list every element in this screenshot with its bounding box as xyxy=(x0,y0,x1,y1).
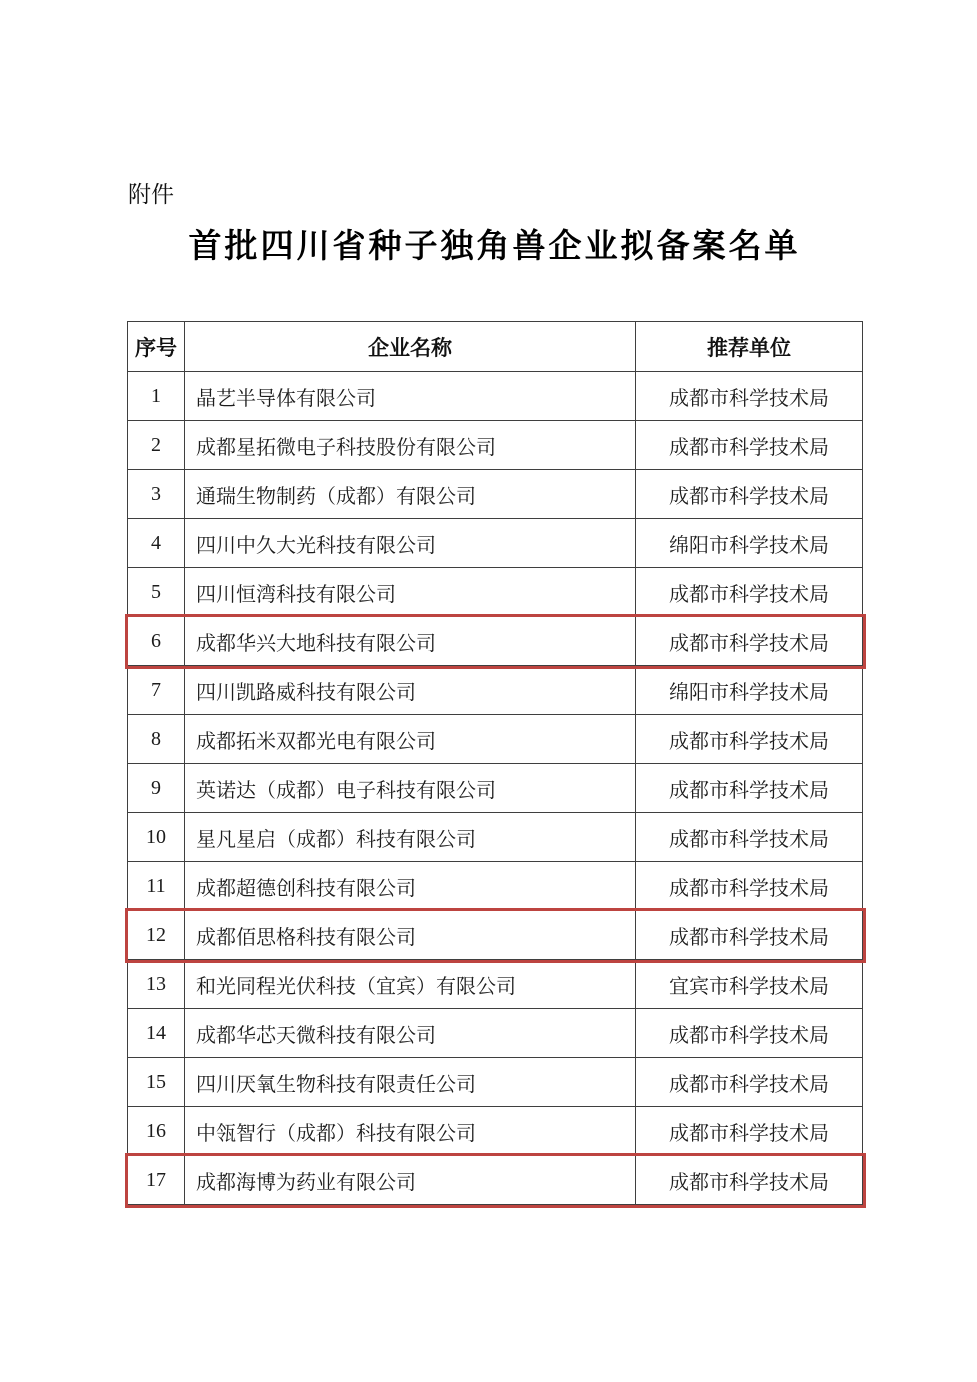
table-row: 4 四川中久大光科技有限公司 绵阳市科学技术局 xyxy=(128,519,863,568)
row-number-cell: 8 xyxy=(128,715,185,764)
recommender-cell: 成都市科学技术局 xyxy=(636,1156,863,1205)
company-name-cell: 四川恒湾科技有限公司 xyxy=(185,568,636,617)
row-number-cell: 13 xyxy=(128,960,185,1009)
company-name-cell: 成都华芯天微科技有限公司 xyxy=(185,1009,636,1058)
company-name-cell: 成都超德创科技有限公司 xyxy=(185,862,636,911)
row-number-cell: 17 xyxy=(128,1156,185,1205)
table-row: 14 成都华芯天微科技有限公司 成都市科学技术局 xyxy=(128,1009,863,1058)
company-name-cell: 成都华兴大地科技有限公司 xyxy=(185,617,636,666)
company-name-cell: 中瓴智行（成都）科技有限公司 xyxy=(185,1107,636,1156)
company-name-cell: 成都海博为药业有限公司 xyxy=(185,1156,636,1205)
company-name-cell: 成都拓米双都光电有限公司 xyxy=(185,715,636,764)
table-row: 2 成都星拓微电子科技股份有限公司 成都市科学技术局 xyxy=(128,421,863,470)
row-number-cell: 16 xyxy=(128,1107,185,1156)
row-number-cell: 6 xyxy=(128,617,185,666)
company-name-cell: 晶艺半导体有限公司 xyxy=(185,372,636,421)
recommender-cell: 成都市科学技术局 xyxy=(636,1058,863,1107)
page-title: 首批四川省种子独角兽企业拟备案名单 xyxy=(127,220,862,267)
row-number-cell: 12 xyxy=(128,911,185,960)
row-number-cell: 2 xyxy=(128,421,185,470)
recommender-cell: 成都市科学技术局 xyxy=(636,1107,863,1156)
table-row: 9 英诺达（成都）电子科技有限公司 成都市科学技术局 xyxy=(128,764,863,813)
row-number-cell: 7 xyxy=(128,666,185,715)
company-name-cell: 和光同程光伏科技（宜宾）有限公司 xyxy=(185,960,636,1009)
table-row: 16 中瓴智行（成都）科技有限公司 成都市科学技术局 xyxy=(128,1107,863,1156)
table-row: 5 四川恒湾科技有限公司 成都市科学技术局 xyxy=(128,568,863,617)
table-row: 8 成都拓米双都光电有限公司 成都市科学技术局 xyxy=(128,715,863,764)
recommender-cell: 成都市科学技术局 xyxy=(636,911,863,960)
recommender-cell: 绵阳市科学技术局 xyxy=(636,666,863,715)
table-row: 12 成都佰思格科技有限公司 成都市科学技术局 xyxy=(128,911,863,960)
table-row: 6 成都华兴大地科技有限公司 成都市科学技术局 xyxy=(128,617,863,666)
row-number-cell: 14 xyxy=(128,1009,185,1058)
recommender-cell: 成都市科学技术局 xyxy=(636,470,863,519)
row-number-cell: 3 xyxy=(128,470,185,519)
header-row: 序号 企业名称 推荐单位 xyxy=(128,322,863,372)
company-name-cell: 四川厌氧生物科技有限责任公司 xyxy=(185,1058,636,1107)
row-number-cell: 1 xyxy=(128,372,185,421)
table-body: 1 晶艺半导体有限公司 成都市科学技术局 2 成都星拓微电子科技股份有限公司 成… xyxy=(128,372,863,1205)
row-number-cell: 5 xyxy=(128,568,185,617)
company-name-cell: 星凡星启（成都）科技有限公司 xyxy=(185,813,636,862)
table-row: 13 和光同程光伏科技（宜宾）有限公司 宜宾市科学技术局 xyxy=(128,960,863,1009)
table-row: 1 晶艺半导体有限公司 成都市科学技术局 xyxy=(128,372,863,421)
recommender-cell: 成都市科学技术局 xyxy=(636,1009,863,1058)
recommender-cell: 成都市科学技术局 xyxy=(636,764,863,813)
recommender-cell: 宜宾市科学技术局 xyxy=(636,960,863,1009)
row-number-cell: 4 xyxy=(128,519,185,568)
company-name-cell: 英诺达（成都）电子科技有限公司 xyxy=(185,764,636,813)
recommender-cell: 成都市科学技术局 xyxy=(636,862,863,911)
column-header-recommender: 推荐单位 xyxy=(636,322,863,372)
document-page: 附件 首批四川省种子独角兽企业拟备案名单 序号 企业名称 推荐单位 1 晶艺半导… xyxy=(0,0,977,1382)
company-name-cell: 成都佰思格科技有限公司 xyxy=(185,911,636,960)
recommender-cell: 成都市科学技术局 xyxy=(636,617,863,666)
recommender-cell: 绵阳市科学技术局 xyxy=(636,519,863,568)
recommender-cell: 成都市科学技术局 xyxy=(636,813,863,862)
row-number-cell: 10 xyxy=(128,813,185,862)
recommender-cell: 成都市科学技术局 xyxy=(636,421,863,470)
row-number-cell: 11 xyxy=(128,862,185,911)
companies-table: 序号 企业名称 推荐单位 1 晶艺半导体有限公司 成都市科学技术局 2 成都星拓… xyxy=(127,321,863,1205)
table-row: 7 四川凯路威科技有限公司 绵阳市科学技术局 xyxy=(128,666,863,715)
row-number-cell: 9 xyxy=(128,764,185,813)
table-row: 10 星凡星启（成都）科技有限公司 成都市科学技术局 xyxy=(128,813,863,862)
company-name-cell: 通瑞生物制药（成都）有限公司 xyxy=(185,470,636,519)
table-row: 11 成都超德创科技有限公司 成都市科学技术局 xyxy=(128,862,863,911)
company-name-cell: 四川凯路威科技有限公司 xyxy=(185,666,636,715)
attachment-label: 附件 xyxy=(128,176,174,209)
recommender-cell: 成都市科学技术局 xyxy=(636,715,863,764)
recommender-cell: 成都市科学技术局 xyxy=(636,372,863,421)
table-row: 3 通瑞生物制药（成都）有限公司 成都市科学技术局 xyxy=(128,470,863,519)
company-name-cell: 成都星拓微电子科技股份有限公司 xyxy=(185,421,636,470)
table-row: 15 四川厌氧生物科技有限责任公司 成都市科学技术局 xyxy=(128,1058,863,1107)
recommender-cell: 成都市科学技术局 xyxy=(636,568,863,617)
company-name-cell: 四川中久大光科技有限公司 xyxy=(185,519,636,568)
column-header-company: 企业名称 xyxy=(185,322,636,372)
column-header-no: 序号 xyxy=(128,322,185,372)
row-number-cell: 15 xyxy=(128,1058,185,1107)
table-row: 17 成都海博为药业有限公司 成都市科学技术局 xyxy=(128,1156,863,1205)
